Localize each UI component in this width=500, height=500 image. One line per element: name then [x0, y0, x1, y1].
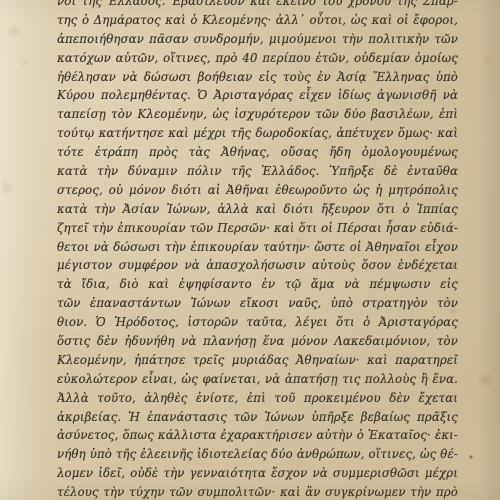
scanned-book-page: νοι τῆς Ἑλλάδος. Ἐβασίλευον καὶ ἐκεῖνο τ…	[0, 0, 500, 500]
stain-speck	[469, 455, 473, 459]
text-line: τούτῳ κατήντησε καὶ μέχρι τῆς δωροδοκίας…	[57, 124, 458, 143]
text-line: θιον. Ὁ Ἡρόδοτος, ἱστορῶν ταῦτα, λέγει ὅ…	[57, 313, 458, 332]
text-line: κατόχων αὐτῶν, οἵτινες, πρὸ 40 περίπου ἐ…	[57, 49, 458, 68]
text-line: ταπείσῃ τὸν Κλεομένην, ὡς ἰσχυρότερον τῶ…	[57, 105, 458, 124]
text-line: Κύρου πολεμηθέντας. Ὁ Ἀρισταγόρας εἶχεν …	[57, 86, 458, 105]
text-line: εὐκολώτερον εἶναι, ὡς φαίνεται, νὰ ἀπατή…	[57, 370, 458, 389]
stain-spot	[482, 54, 496, 66]
text-line: θετοι νὰ δώσωσι τὴν ἐπικουρίαν ταύτην· ὥ…	[57, 238, 458, 257]
text-line: ἀπεποιήθησαν πᾶσαν συνδρομήν, μιμούμενοι…	[57, 30, 458, 49]
text-line: ζητεῖ τὴν ἐπικουρίαν τῶν Περσῶν· καὶ ὅτι…	[57, 219, 458, 238]
text-line: μέγιστον συμφέρον νὰ ἀπασχολήσωσιν αὐτοὺ…	[57, 256, 458, 275]
text-line: κατὰ τὴν Ἀσίαν Ἰώνων, ἀλλὰ καὶ διότι ἤξε…	[57, 200, 458, 219]
text-line: τὰ ἴδια, διὸ καὶ ἐψηφίσαντο ἐν τῷ ἅμα νὰ…	[57, 275, 458, 294]
stain-spot	[20, 58, 30, 67]
text-line: ὅστις δὲν ἠδυνήθη νὰ πλανήσῃ ἕνα μόνον Λ…	[57, 332, 458, 351]
text-line: στερος, οὐ μόνον διότι αἱ Ἀθῆναι ἐθεωροῦ…	[57, 181, 458, 200]
text-line: ἀσύνετος, ὅπως κάλλιστα ἐχαρακτήρισεν αὐ…	[57, 426, 458, 445]
stain-spot	[6, 24, 22, 38]
text-line: ἀκριβείας. Ἡ ἐπανάστασις τῶν Ἰώνων ὑπῆρξ…	[57, 408, 458, 427]
text-line: νήθη ὑπὸ τῆς ἐλεεινῆς ἰδιοτελείας δύο ἀν…	[57, 445, 458, 464]
page-text: νοι τῆς Ἑλλάδος. Ἐβασίλευον καὶ ἐκεῖνο τ…	[57, 0, 458, 500]
text-line: Ἀλλὰ τοῦτο, ἀληθὲς ἐνίοτε, ἐπὶ τοῦ προκε…	[57, 389, 458, 408]
stain-spot	[2, 176, 12, 198]
text-line: λομεν ἰδεῖ, οὐδὲ τὴν γενναιότητα ἔσχον ν…	[57, 464, 458, 483]
text-line: ἠθέλησαν νὰ δώσωσι βοήθειαν εἰς τοὺς ἐν …	[57, 68, 458, 87]
text-line: της ὁ Δημάρατος καὶ ὁ Κλεομένης· ἀλλ᾽ οὗ…	[57, 11, 458, 30]
text-line: νοι τῆς Ἑλλάδος. Ἐβασίλευον καὶ ἐκεῖνο τ…	[57, 0, 458, 11]
text-line: κατὰ τὴν δύναμιν πόλιν τῆς Ἑλλάδος. Ὑπῆρ…	[57, 162, 458, 181]
stain-spot	[476, 372, 494, 388]
text-line: τῶν ἐπαναστάντων Ἰώνων εἴκοσι ναῦς, ὑπὸ …	[57, 294, 458, 313]
text-line: τότε ἐτράπη πρὸς τὰς Ἀθήνας, οὔσας ἤδη ὁ…	[57, 143, 458, 162]
text-line: Κλεομένην, ἠπάτησε τρεῖς μυριάδας Ἀθηναί…	[57, 351, 458, 370]
text-line: τέλους τὴν τύχην τῶν συμπολιτῶν· καὶ ἂν …	[57, 483, 458, 500]
